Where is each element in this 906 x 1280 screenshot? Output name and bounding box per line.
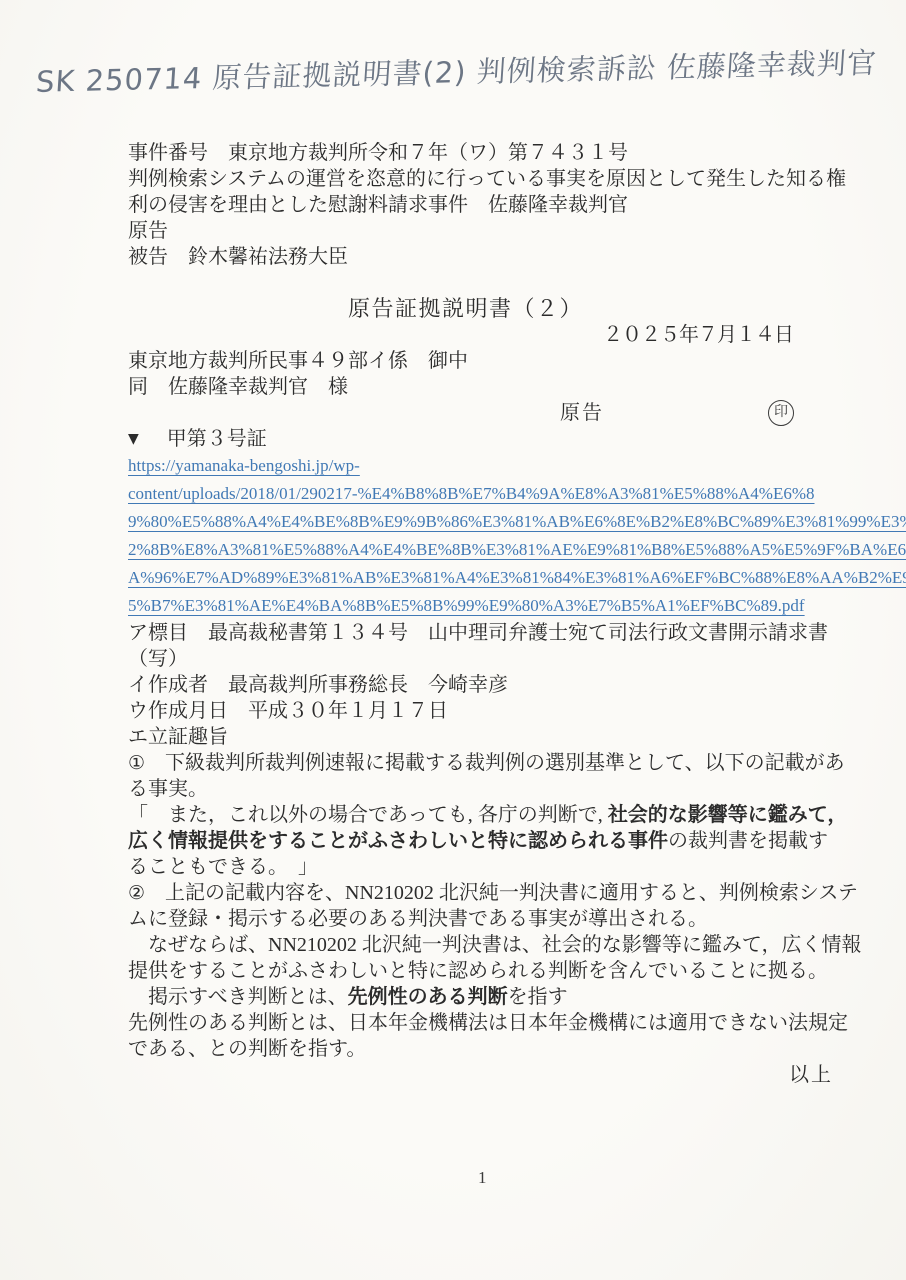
quote-line-3: ることもできる。 」 <box>128 854 855 880</box>
evidence-item-date-line: ウ作成月日 平成３０年１月１７日 <box>128 698 855 724</box>
plaintiff-line: 原告 <box>128 218 855 244</box>
plaintiff-signature-label: 原告 <box>560 402 604 424</box>
evidence-item-title-line-1: ア標目 最高裁秘書第１３４号 山中理司弁護士宛て司法行政文書開示請求書 <box>128 620 855 646</box>
triangle-marker-icon: ▼ <box>128 431 139 447</box>
evidence-url-line-2: content/uploads/2018/01/290217-%E4%B8%8B… <box>128 480 855 508</box>
quote-line-2-normal: の裁判書を掲載す <box>668 830 828 852</box>
point2-line-1: ② 上記の記載内容を、NN210202 北沢純一判決書に適用すると、判例検索シス… <box>128 880 855 906</box>
handwritten-annotation: SK 250714 原告証拠説明書(2) 判例検索訴訟 佐藤隆幸裁判官 <box>35 40 901 101</box>
point2-line-2: ムに登録・掲示する必要のある判決書である事実が導出される。 <box>128 906 855 932</box>
evidence-url-line-1: https://yamanaka-bengoshi.jp/wp- <box>128 452 855 480</box>
closing-statement: 以上 <box>128 1062 855 1088</box>
quote-line-2-bold: 広く情報提供をすることがふさわしいと特に認められる事件 <box>128 830 668 852</box>
evidence-url-line-4: 2%8B%E8%A3%81%E5%88%A4%E4%BE%8B%E3%81%AE… <box>128 536 855 564</box>
point3-line: 掲示すべき判断とは、先例性のある判断を指す <box>128 984 855 1010</box>
point4-line-2: である、との判断を指す。 <box>128 1036 855 1062</box>
point3-pre: 掲示すべき判断とは、 <box>128 986 348 1008</box>
point2-line-3: なぜならば、NN210202 北沢純一判決書は、社会的な影響等に鑑みて，広く情報 <box>128 932 855 958</box>
quote-line-2: 広く情報提供をすることがふさわしいと特に認められる事件の裁判書を掲載す <box>128 828 855 854</box>
scanned-document-page: SK 250714 原告証拠説明書(2) 判例検索訴訟 佐藤隆幸裁判官 事件番号… <box>0 0 906 1280</box>
evidence-item-purpose-line: エ立証趣旨 <box>128 724 855 750</box>
point2-line-4: 提供をすることがふさわしいと特に認められる判断を含んでいることに拠る。 <box>128 958 855 984</box>
evidence-heading: ▼甲第３号証 <box>128 426 855 452</box>
evidence-item-author-line: イ作成者 最高裁判所事務総長 今崎幸彦 <box>128 672 855 698</box>
addressee-court-line: 東京地方裁判所民事４９部イ係 御中 <box>128 348 855 374</box>
case-name-line-2: 利の侵害を理由とした慰謝料請求事件 佐藤隆幸裁判官 <box>128 192 855 218</box>
evidence-item-title-line-2: （写） <box>128 646 855 672</box>
case-name-line-1: 判例検索システムの運営を恣意的に行っている事実を原因として発生した知る権 <box>128 166 855 192</box>
signature-line: 原告 印 <box>128 400 855 426</box>
circled-two-marker: ② <box>128 882 145 904</box>
addressee-judge-line: 同 佐藤隆幸裁判官 様 <box>128 374 855 400</box>
quote-line-1: 「 また，これ以外の場合であっても, 各庁の判断で, 社会的な影響等に鑑みて， <box>128 802 855 828</box>
page-number: 1 <box>478 1168 487 1188</box>
case-number-line: 事件番号 東京地方裁判所令和７年（ワ）第７４３１号 <box>128 140 855 166</box>
point1-line-2: る事実。 <box>128 776 855 802</box>
point1-line-1: ① 下級裁判所裁判例速報に掲載する裁判例の選別基準として、以下の記載があ <box>128 750 855 776</box>
document-body: 事件番号 東京地方裁判所令和７年（ワ）第７４３１号 判例検索システムの運営を恣意… <box>128 140 855 1088</box>
document-title: 原告証拠説明書（２） <box>128 296 855 322</box>
evidence-url-line-3: 9%80%E5%88%A4%E4%BE%8B%E9%9B%86%E3%81%AB… <box>128 508 855 536</box>
quote-line-1-normal: 「 また，これ以外の場合であっても, 各庁の判断で, <box>128 804 608 826</box>
seal-stamp-icon: 印 <box>768 400 794 426</box>
point3-post: を指す <box>508 986 568 1008</box>
evidence-url-line-6: 5%B7%E3%81%AE%E4%BA%8B%E5%8B%99%E9%80%A3… <box>128 592 855 620</box>
circled-one-marker: ① <box>128 752 145 774</box>
point3-bold: 先例性のある判断 <box>348 986 508 1008</box>
point2-text: 上記の記載内容を、NN210202 北沢純一判決書に適用すると、判例検索システ <box>145 882 858 904</box>
defendant-line: 被告 鈴木馨祐法務大臣 <box>128 244 855 270</box>
point4-line-1: 先例性のある判断とは、日本年金機構法は日本年金機構には適用できない法規定 <box>128 1010 855 1036</box>
point1-text: 下級裁判所裁判例速報に掲載する裁判例の選別基準として、以下の記載があ <box>145 752 845 774</box>
evidence-number-label: 甲第３号証 <box>167 428 267 450</box>
quote-line-1-bold: 社会的な影響等に鑑みて， <box>608 804 848 826</box>
document-date: ２０２５年７月１４日 <box>128 322 855 348</box>
evidence-url-line-5: A%96%E7%AD%89%E3%81%AB%E3%81%A4%E3%81%84… <box>128 564 855 592</box>
